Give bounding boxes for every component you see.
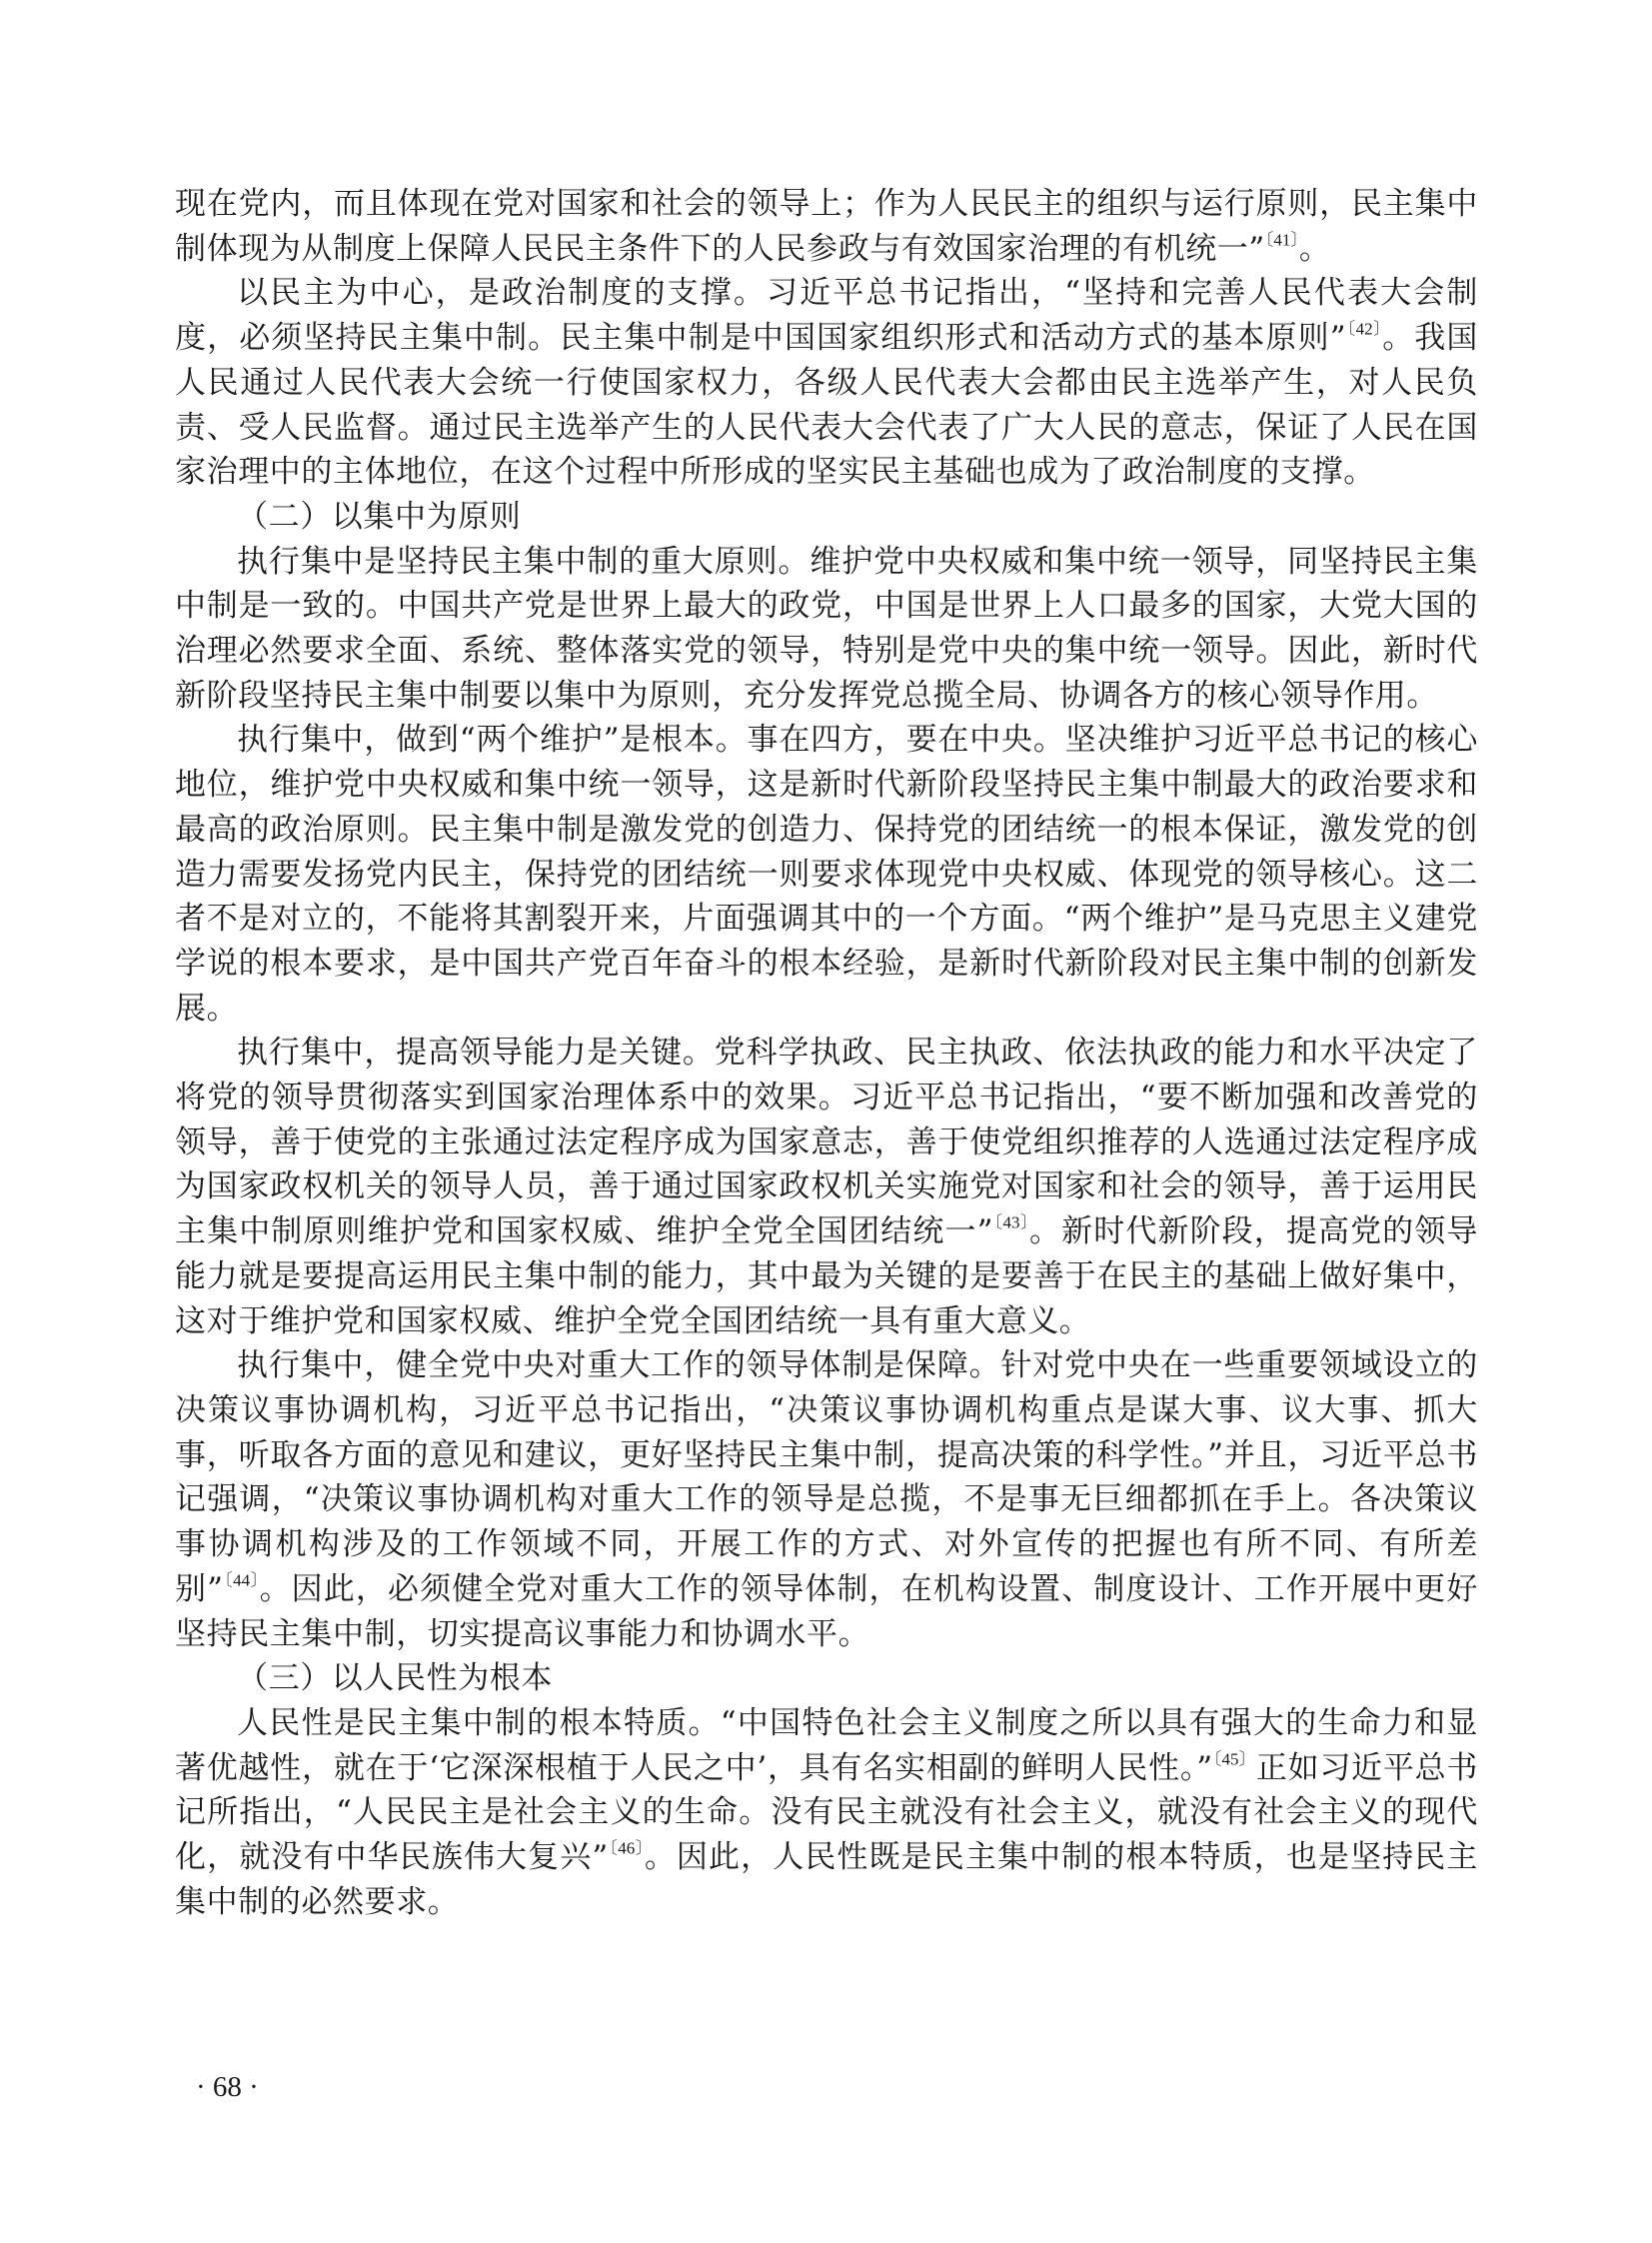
- paragraph-continued: 现在党内，而且体现在党对国家和社会的领导上；作为人民民主的组织与运行原则，民主集…: [175, 182, 1478, 271]
- citation-marker: 〔46〕: [609, 1838, 645, 1857]
- paragraph-leadership-ability: 执行集中，提高领导能力是关键。党科学执政、民主执政、依法执政的能力和水平决定了将…: [175, 1031, 1478, 1343]
- paragraph-text: 。因此，必须健全党对重大工作的领导体制，在机构设置、制度设计、工作开展中更好坚持…: [175, 1571, 1478, 1652]
- paragraph-people-nature: 人民性是民主集中制的根本特质。“中国特色社会主义制度之所以具有强大的生命力和显著…: [175, 1701, 1478, 1925]
- paragraph-text: 执行集中是坚持民主集中制的重大原则。维护党中央权威和集中统一领导，同坚持民主集中…: [175, 544, 1478, 714]
- citation-marker: 〔44〕: [224, 1570, 260, 1589]
- page-number: · 68 ·: [196, 2071, 259, 2104]
- paragraph-text: 现在党内，而且体现在党对国家和社会的领导上；作为人民民主的组织与运行原则，民主集…: [175, 186, 1478, 267]
- citation-marker: 〔43〕: [993, 1213, 1029, 1232]
- citation-marker: 〔42〕: [1346, 320, 1382, 339]
- paragraph-text: 以民主为中心，是政治制度的支撑。习近平总书记指出，“坚持和完善人民代表大会制度，…: [175, 275, 1478, 356]
- paragraph-two-safeguards: 执行集中，做到“两个维护”是根本。事在四方，要在中央。坚决维护习近平总书记的核心…: [175, 718, 1478, 1031]
- paragraph-text: 。: [1299, 231, 1331, 267]
- citation-marker: 〔45〕: [1213, 1749, 1256, 1768]
- paragraph-text: 执行集中，做到“两个维护”是根本。事在四方，要在中央。坚决维护习近平总书记的核心…: [175, 722, 1478, 1026]
- paragraph-democracy-center: 以民主为中心，是政治制度的支撑。习近平总书记指出，“坚持和完善人民代表大会制度，…: [175, 271, 1478, 495]
- paragraph-leadership-system: 执行集中，健全党中央对重大工作的领导体制是保障。针对党中央在一些重要领域设立的决…: [175, 1343, 1478, 1656]
- paragraph-centralism-principle: 执行集中是坚持民主集中制的重大原则。维护党中央权威和集中统一领导，同坚持民主集中…: [175, 540, 1478, 719]
- citation-marker: 〔41〕: [1265, 230, 1299, 249]
- section-heading-people-nature: （三）以人民性为根本: [175, 1656, 1478, 1701]
- paragraph-text: 执行集中，健全党中央对重大工作的领导体制是保障。针对党中央在一些重要领域设立的决…: [175, 1347, 1478, 1607]
- section-heading-centralism: （二）以集中为原则: [175, 495, 1478, 540]
- document-page: 现在党内，而且体现在党对国家和社会的领导上；作为人民民主的组织与运行原则，民主集…: [175, 182, 1478, 1924]
